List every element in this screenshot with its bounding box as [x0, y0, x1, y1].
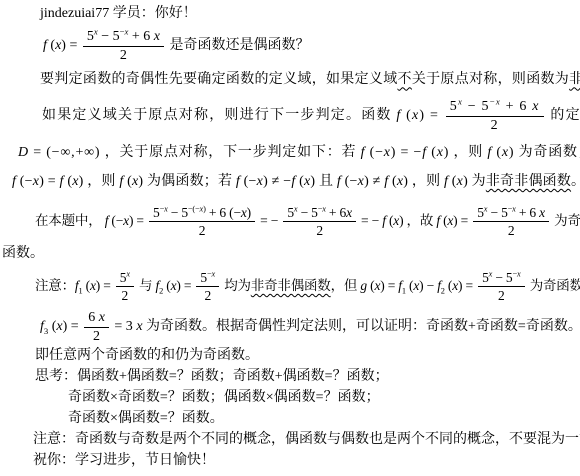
fraction-formula: 5x − 5−x + 6 x2: [473, 205, 549, 238]
fraction-numerator: 5−x − 5−(−x) + 6 (−x): [149, 205, 255, 223]
fraction-numerator: 5x − 5−x + 6x: [283, 205, 356, 223]
text-run: 为奇函数，: [527, 278, 580, 294]
text-run: 的定义域为: [546, 108, 580, 124]
fraction-formula: 5−x − 5−(−x) + 6 (−x)2: [149, 205, 255, 238]
caution-line: 注意：奇函数与奇数是两个不同的概念，偶函数与偶数也是两个不同的概念，不要混为一谈…: [0, 430, 580, 451]
wavy-underlined-text: 非奇非偶函数: [251, 278, 331, 294]
domain-line: D = (−∞,+∞) ，关于原点对称，下一步判定如下：若 f (−x) = −…: [0, 139, 580, 167]
text-run: 奇函数×奇函数=？函数；偶函数×偶函数=？函数；: [68, 390, 380, 406]
f3-line: f3 (x) = 6 x2 = 3 x 为奇函数。根据奇偶性判定法则，可以证明：…: [0, 309, 580, 345]
math-run: f (x): [444, 174, 468, 190]
math-run: = − f (x): [358, 213, 404, 229]
fraction-formula: 5x − 5−x + 6 x2: [83, 29, 164, 63]
math-run: f2 (x) =: [156, 278, 195, 294]
math-run: f (x) =: [436, 213, 471, 229]
fraction-numerator: 5−x: [196, 270, 219, 288]
fraction-formula: 5x2: [116, 270, 134, 303]
math-run: f (−x) = f (x): [12, 174, 84, 190]
text-run: 为奇函数；若: [514, 145, 580, 161]
text-run: ，则: [408, 174, 444, 190]
wavy-underlined-text: 非奇非偶函数: [486, 174, 571, 190]
fraction-numerator: 5x − 5−x + 6 x: [83, 29, 164, 47]
solution-line-wrap: 函数。: [0, 245, 580, 263]
math-run: f (x): [119, 174, 143, 190]
fraction-numerator: 5x − 5−x + 6 x: [446, 99, 544, 117]
fraction-denominator: 2: [487, 117, 503, 133]
text-run: 函数。: [2, 246, 44, 262]
math-run: f (−x) ≠ f (x): [337, 174, 408, 190]
text-run: 为奇函数。根据奇偶性判定法则，可以证明：奇函数+奇函数=奇函数。: [143, 319, 580, 335]
fraction-numerator: 5x: [116, 270, 134, 288]
text-run: ，但: [331, 278, 361, 294]
text-run: 为奇: [551, 213, 580, 229]
fraction-formula: 5x − 5−x + 6 x2: [446, 99, 544, 133]
math-run: f1 (x) =: [75, 278, 114, 294]
fraction-formula: 5−x2: [196, 270, 219, 303]
text-run: jindezuiai77 学员：你好！: [40, 6, 197, 22]
math-run: f (−x) = −f (x): [361, 145, 450, 161]
math-run: = −: [257, 213, 281, 229]
wish-line: 祝你：学习进步，节日愉快！: [0, 451, 580, 471]
math-run: f (x): [487, 145, 514, 161]
fraction-numerator: 5x − 5−x + 6 x: [473, 205, 549, 223]
fraction-numerator: 6 x: [84, 310, 109, 328]
fraction-denominator: 2: [195, 222, 210, 238]
math-run: f (x) =: [396, 108, 443, 124]
question-formula-line: f (x) = 5x − 5−x + 6 x2 是奇函数还是偶函数？: [0, 24, 580, 68]
text-run: 祝你：学习进步，节日愉快！: [33, 453, 215, 469]
math-run: f3 (x) =: [40, 319, 82, 335]
text-run: 。: [571, 174, 580, 190]
text-run: 即任意两个奇函数的和仍为奇函数。: [35, 348, 259, 364]
fraction-denominator: 2: [118, 287, 133, 303]
think-line-3: 奇函数×偶函数=？函数。: [0, 409, 580, 430]
text-run: 均为: [221, 278, 251, 294]
fraction-formula: 5x − 5−x2: [478, 270, 524, 303]
math-run: f (x) =: [43, 38, 81, 54]
fraction-formula: 5x − 5−x + 6x2: [283, 205, 356, 238]
text-run: ，关于原点对称，下一步判定如下：若: [100, 145, 360, 161]
math-run: f (−x) =: [105, 213, 147, 229]
text-run: ，则: [84, 174, 120, 190]
greeting-line: jindezuiai77 学员：你好！: [0, 4, 580, 24]
text-run: ，则: [449, 145, 487, 161]
think-line-1: 思考：偶函数+偶函数=？函数；奇函数+偶函数=？函数；: [0, 367, 580, 388]
think-line-2: 奇函数×奇函数=？函数；偶函数×偶函数=？函数；: [0, 388, 580, 409]
text-run: 是奇函数还是偶函数？: [166, 38, 310, 54]
note-f1-f2-line: 注意：f1 (x) = 5x2 与 f2 (x) = 5−x2 均为非奇非偶函数…: [0, 263, 580, 309]
fraction-denominator: 2: [494, 287, 509, 303]
wavy-underlined-text: 非奇非偶函数: [569, 72, 580, 88]
fraction-numerator: 5x − 5−x: [478, 270, 524, 288]
solution-line: 在本题中， f (−x) = 5−x − 5−(−x) + 6 (−x)2 = …: [0, 197, 580, 245]
text-run: 关于原点对称，则函数为: [412, 72, 569, 88]
text-run: 要判定函数的奇偶性先要确定函数的定义域，如果定义域: [40, 72, 398, 88]
fraction-denominator: 2: [116, 47, 131, 63]
text-run: 注意：: [35, 278, 75, 294]
rule-line-2: 如果定义域关于原点对称，则进行下一步判定。函数 f (x) = 5x − 5−x…: [0, 93, 580, 139]
fraction-formula: 6 x2: [84, 310, 109, 344]
text-run: 奇函数×偶函数=？函数。: [68, 411, 224, 427]
document-body: jindezuiai77 学员：你好！f (x) = 5x − 5−x + 6 …: [0, 0, 580, 471]
fraction-denominator: 2: [89, 328, 104, 344]
text-run: 为偶函数；若: [143, 174, 236, 190]
text-run: 如果定义域关于原点对称，则进行下一步判定。函数: [42, 108, 396, 124]
text-run: 与: [136, 278, 156, 294]
wavy-underlined-text: 不: [398, 72, 412, 88]
text-run: 为: [468, 174, 486, 190]
fraction-denominator: 2: [200, 287, 215, 303]
text-run: 在本题中，: [35, 213, 105, 229]
conclusion-line: 即任意两个奇函数的和仍为奇函数。: [0, 345, 580, 367]
fraction-denominator: 2: [504, 222, 519, 238]
math-run: = 3 x: [111, 319, 143, 335]
fraction-denominator: 2: [312, 222, 327, 238]
text-run: 且: [315, 174, 337, 190]
math-run: f (−x) ≠ −f (x): [236, 174, 315, 190]
text-run: ，故: [403, 213, 436, 229]
text-run: 思考：偶函数+偶函数=？函数；奇函数+偶函数=？函数；: [35, 369, 389, 385]
math-run: D = (−∞,+∞): [18, 145, 100, 161]
math-run: g (x) = f1 (x) − f2 (x) =: [360, 278, 476, 294]
text-run: 注意：奇函数与奇数是两个不同的概念，偶函数与偶数也是两个不同的概念，不要混为一谈…: [33, 432, 580, 448]
rule-line-1: 要判定函数的奇偶性先要确定函数的定义域，如果定义域不关于原点对称，则函数为非奇非…: [0, 68, 580, 93]
even-rule-line: f (−x) = f (x) ，则 f (x) 为偶函数；若 f (−x) ≠ …: [0, 167, 580, 197]
